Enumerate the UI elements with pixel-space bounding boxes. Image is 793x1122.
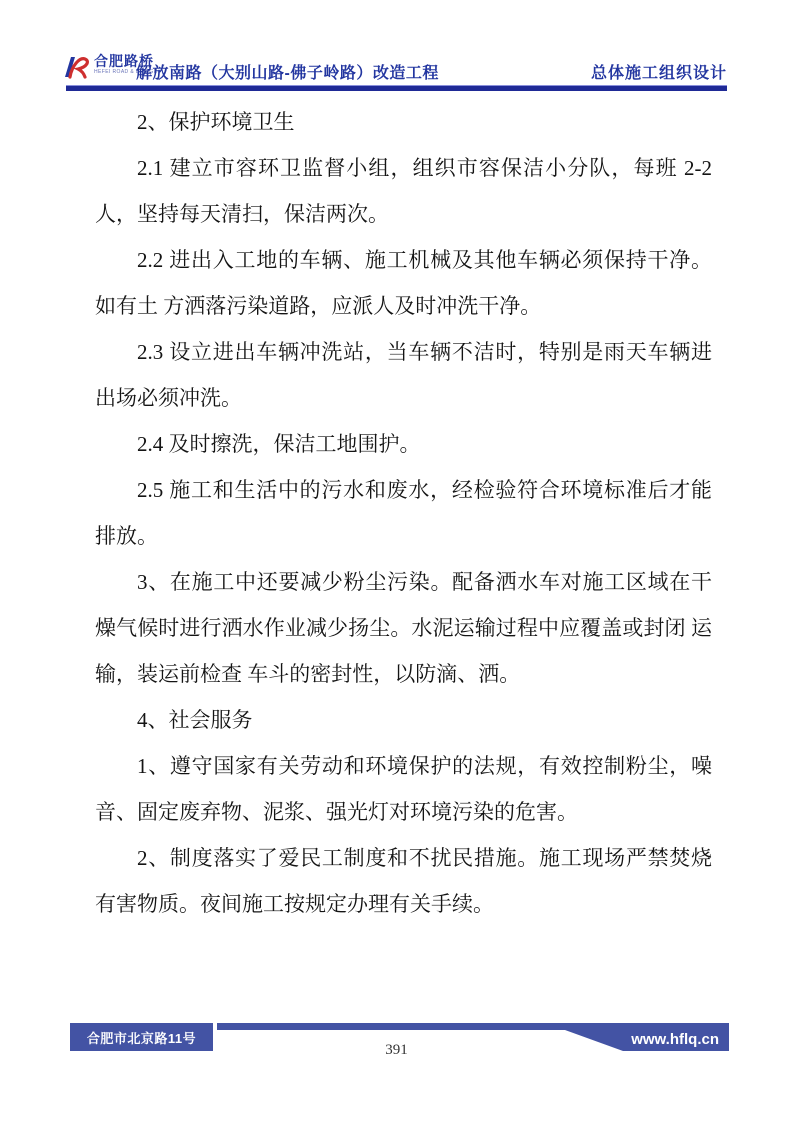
paragraph: 2.5 施工和生活中的污水和废水，经检验符合环境标准后才能排放。 <box>95 467 712 559</box>
paragraph: 1、遵守国家有关劳动和环境保护的法规，有效控制粉尘，噪音、固定废弃物、泥浆、强光… <box>95 743 712 835</box>
paragraph: 2.1 建立市容环卫监督小组，组织市容保洁小分队，每班 2-2 人，坚持每天清扫… <box>95 145 712 237</box>
header-divider-rule <box>66 85 727 91</box>
paragraph: 3、在施工中还要减少粉尘污染。配备洒水车对施工区域在干燥气候时进行洒水作业减少扬… <box>95 559 712 697</box>
paragraph: 2、制度落实了爱民工制度和不扰民措施。施工现场严禁焚烧有害物质。夜间施工按规定办… <box>95 835 712 927</box>
paragraph: 2、保护环境卫生 <box>95 99 712 145</box>
paragraph: 2.4 及时擦洗，保洁工地围护。 <box>95 421 712 467</box>
page-number: 391 <box>0 1042 793 1059</box>
document-body: 2、保护环境卫生2.1 建立市容环卫监督小组，组织市容保洁小分队，每班 2-2 … <box>95 99 712 927</box>
paragraph: 2.3 设立进出车辆冲洗站，当车辆不洁时，特别是雨天车辆进出场必须冲洗。 <box>95 329 712 421</box>
road-bridge-logo-icon <box>64 53 91 83</box>
header-project-title: 解放南路（大别山路-佛子岭路）改造工程 <box>136 60 439 83</box>
document-page: 合肥路桥 HEFEI ROAD & BRIDGE 解放南路（大别山路-佛子岭路）… <box>0 0 793 1122</box>
paragraph: 4、社会服务 <box>95 697 712 743</box>
paragraph: 2.2 进出入工地的车辆、施工机械及其他车辆必须保持干净。如有土 方洒落污染道路… <box>95 237 712 329</box>
header-document-title: 总体施工组织设计 <box>591 60 727 83</box>
